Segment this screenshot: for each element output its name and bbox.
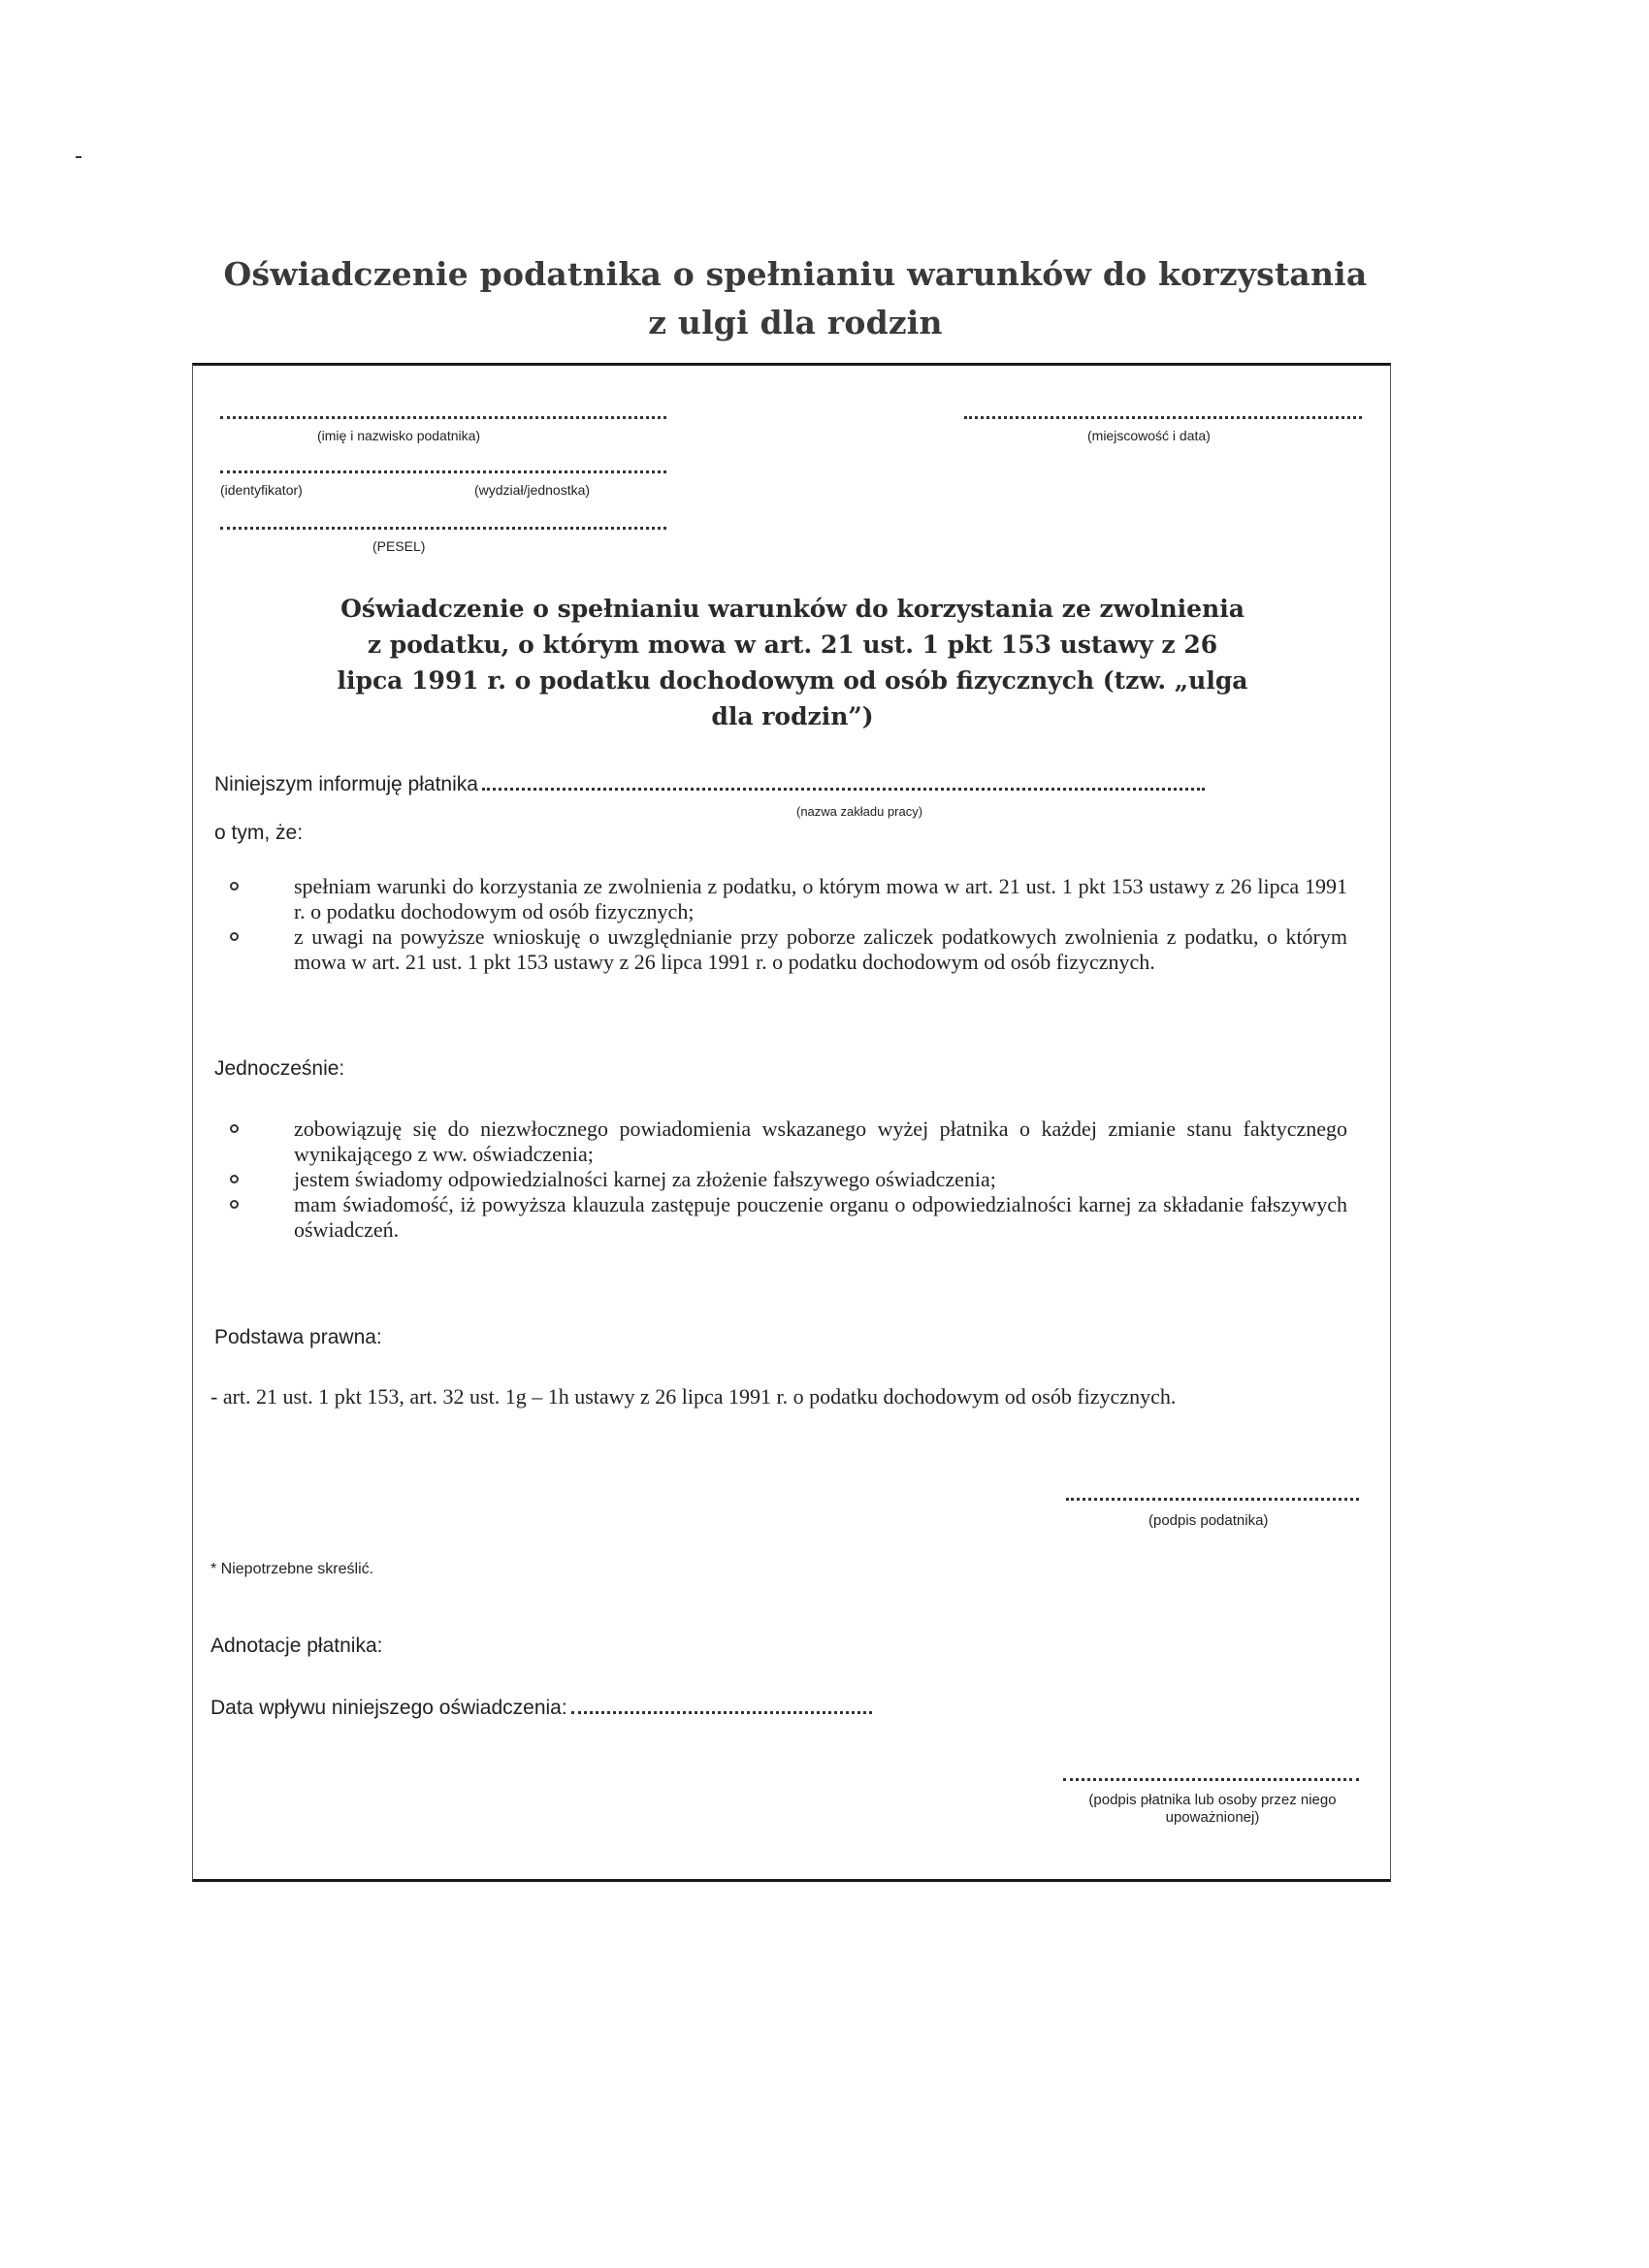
declaration-subtitle-text: Oświadczenie o spełnianiu warunków do ko… bbox=[337, 591, 1248, 734]
simultaneously-label: Jednocześnie: bbox=[214, 1057, 344, 1081]
employer-name-field[interactable] bbox=[482, 788, 1205, 791]
bullet-icon bbox=[230, 882, 239, 891]
legal-basis-label: Podstawa prawna: bbox=[214, 1326, 382, 1349]
pesel-label: (PESEL) bbox=[372, 538, 425, 554]
bullet-icon bbox=[230, 1200, 239, 1209]
bullet-icon bbox=[230, 1175, 239, 1183]
statement-item: spełniam warunki do korzystania ze zwoln… bbox=[222, 874, 1347, 924]
document-title: Oświadczenie podatnika o spełnianiu waru… bbox=[213, 250, 1377, 347]
taxpayer-name-label: (imię i nazwisko podatnika) bbox=[317, 428, 480, 443]
inform-payer-line: Niniejszym informuję płatnika bbox=[214, 773, 1205, 796]
obligation-item: mam świadomość, iż powyższa klauzula zas… bbox=[222, 1192, 1347, 1243]
place-date-label: (miejscowość i data) bbox=[1087, 428, 1211, 443]
receipt-date-label: Data wpływu niniejszego oświadczenia: bbox=[210, 1697, 567, 1719]
statement-item: z uwagi na powyższe wnioskuję o uwzględn… bbox=[222, 924, 1347, 975]
footnote: * Niepotrzebne skreślić. bbox=[210, 1561, 373, 1578]
scan-speck bbox=[76, 156, 81, 158]
taxpayer-signature-label: (podpis podatnika) bbox=[1148, 1512, 1268, 1529]
obligation-text: zobowiązuję się do niezwłocznego powiado… bbox=[294, 1117, 1347, 1166]
obligation-text: mam świadomość, iż powyższa klauzula zas… bbox=[294, 1192, 1347, 1242]
pesel-field[interactable] bbox=[220, 527, 666, 530]
place-date-field[interactable] bbox=[964, 416, 1362, 419]
legal-basis-text: - art. 21 ust. 1 pkt 153, art. 32 ust. 1… bbox=[210, 1384, 1239, 1409]
statement-text: z uwagi na powyższe wnioskuję o uwzględn… bbox=[294, 924, 1347, 974]
payer-signature-text: (podpis płatnika lub osoby przez niego u… bbox=[1088, 1792, 1336, 1826]
statement-text: spełniam warunki do korzystania ze zwoln… bbox=[294, 874, 1347, 923]
obligations-list: zobowiązuję się do niezwłocznego powiado… bbox=[222, 1117, 1347, 1243]
payer-signature-label: (podpis płatnika lub osoby przez niego u… bbox=[1061, 1792, 1364, 1827]
payer-signature-field[interactable] bbox=[1063, 1778, 1359, 1781]
obligation-item: jestem świadomy odpowiedzialności karnej… bbox=[222, 1167, 1347, 1192]
employer-name-label: (nazwa zakładu pracy) bbox=[796, 804, 922, 819]
department-label: (wydział/jednostka) bbox=[474, 482, 590, 498]
declaration-subtitle: Oświadczenie o spełnianiu warunków do ko… bbox=[193, 591, 1392, 734]
bullet-icon bbox=[230, 932, 239, 941]
obligation-text: jestem świadomy odpowiedzialności karnej… bbox=[294, 1167, 996, 1191]
payer-annotations-label: Adnotacje płatnika: bbox=[210, 1635, 382, 1658]
that-text: o tym, że: bbox=[214, 822, 303, 845]
bullet-icon bbox=[230, 1124, 239, 1133]
inform-payer-text: Niniejszym informuję płatnika bbox=[214, 773, 478, 795]
taxpayer-name-field[interactable] bbox=[220, 416, 666, 419]
taxpayer-signature-field[interactable] bbox=[1066, 1498, 1359, 1501]
obligation-item: zobowiązuję się do niezwłocznego powiado… bbox=[222, 1117, 1347, 1167]
receipt-date-field[interactable] bbox=[571, 1711, 872, 1714]
identifier-department-field[interactable] bbox=[220, 470, 666, 473]
identifier-label: (identyfikator) bbox=[220, 482, 303, 498]
statements-list: spełniam warunki do korzystania ze zwoln… bbox=[222, 874, 1347, 975]
declaration-form: (imię i nazwisko podatnika) (miejscowość… bbox=[192, 363, 1391, 1882]
receipt-date-line: Data wpływu niniejszego oświadczenia: bbox=[210, 1697, 872, 1720]
